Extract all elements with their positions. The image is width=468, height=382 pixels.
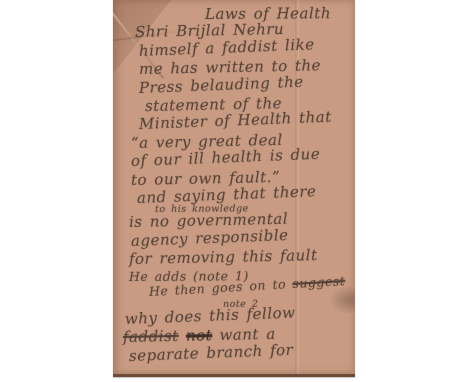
scribbled-out-word: not [186,326,213,345]
struck-out-word: faddist [123,327,179,346]
photo-background: Laws of Health Shri Brijlal Nehru himsel… [0,0,468,382]
struck-out-word: suggest [292,273,346,291]
handwritten-line: for removing this fault [129,246,355,269]
handwritten-text-block: Laws of Health Shri Brijlal Nehru himsel… [113,5,355,365]
manuscript-paper: Laws of Health Shri Brijlal Nehru himsel… [113,0,355,377]
